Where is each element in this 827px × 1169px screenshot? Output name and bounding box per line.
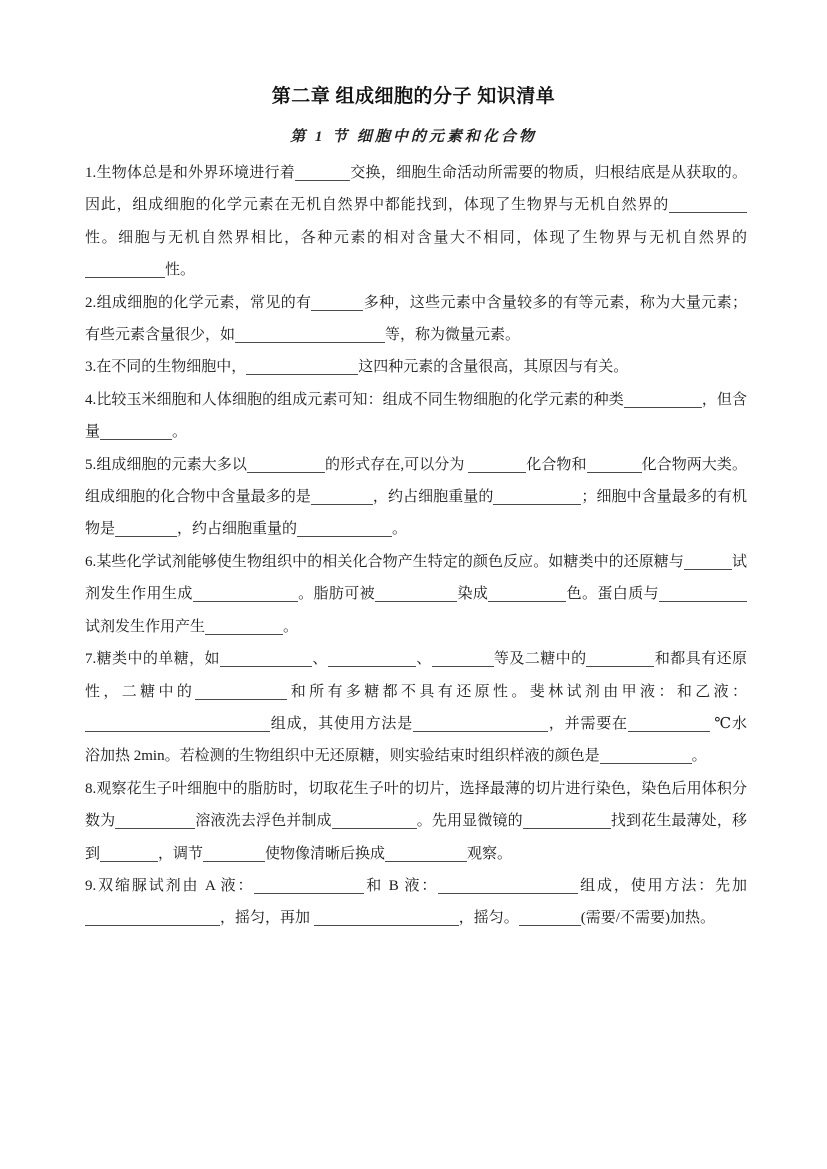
question-4: 4.比较玉米细胞和人体细胞的组成元素可知：组成不同生物细胞的化学元素的种类，但含… (85, 384, 747, 449)
question-text: ，约占细胞重量的 (177, 521, 297, 537)
fill-in-blank (314, 911, 459, 926)
fill-in-blank (519, 911, 581, 926)
question-text: 9.双缩脲试剂由 A 液： (85, 878, 254, 894)
question-text: 性。 (165, 262, 195, 278)
fill-in-blank (413, 717, 548, 732)
fill-in-blank (193, 587, 298, 602)
question-text: 和所有多糖都不具有还原性。斐林试剂由甲液：和乙液： (287, 684, 747, 700)
fill-in-blank (600, 749, 692, 764)
question-text: ，调节 (158, 846, 203, 862)
question-text: 化合物和 (526, 457, 586, 473)
fill-in-blank (115, 814, 195, 829)
fill-in-blank (85, 263, 165, 278)
fill-in-blank (587, 458, 642, 473)
question-text: 的形式存在,可以分为 (325, 457, 468, 473)
fill-in-blank (385, 847, 467, 862)
fill-in-blank (624, 393, 702, 408)
fill-in-blank (235, 328, 385, 343)
question-text: 和 B 液： (364, 878, 438, 894)
question-text: 组成，其使用方法是 (270, 716, 413, 732)
question-1: 1.生物体总是和外界环境进行着交换，细胞生命活动所需要的物质，归根结底是从获取的… (85, 157, 747, 287)
question-text: 、 (416, 651, 432, 667)
fill-in-blank (203, 847, 265, 862)
fill-in-blank (468, 458, 526, 473)
question-text: 等，称为微量元素。 (385, 327, 520, 343)
question-text: 、 (312, 651, 328, 667)
fill-in-blank (195, 685, 287, 700)
fill-in-blank (297, 522, 392, 537)
fill-in-blank (493, 490, 581, 505)
question-7: 7.糖类中的单糖，如、、等及二糖中的和都具有还原性，二糖中的和所有多糖都不具有还… (85, 643, 747, 773)
fill-in-blank (628, 717, 710, 732)
question-text: 。 (392, 521, 407, 537)
fill-in-blank (220, 652, 312, 667)
question-text: 组成，使用方法：先加 (578, 878, 747, 894)
question-text: 。 (283, 619, 298, 635)
question-text: 性。细胞与无机自然界相比，各种元素的相对含量大不相同，体现了生物界与无机自然界的 (85, 230, 747, 246)
question-text: 2.组成细胞的化学元素，常见的有 (85, 295, 311, 311)
fill-in-blank (432, 652, 494, 667)
fill-in-blank (115, 522, 177, 537)
fill-in-blank (332, 814, 417, 829)
worksheet-page: 第二章 组成细胞的分子 知识清单 第 1 节 细胞中的元素和化合物 1.生物体总… (0, 0, 827, 1169)
fill-in-blank (246, 360, 358, 375)
question-2: 2.组成细胞的化学元素，常见的有多种，这些元素中含量较多的有等元素，称为大量元素… (85, 287, 747, 352)
question-text: 7.糖类中的单糖，如 (85, 651, 220, 667)
question-text: ，并需要在 (548, 716, 628, 732)
question-text: 溶液洗去浮色并制成 (195, 813, 331, 829)
question-text: 1.生物体总是和外界环境进行着 (85, 165, 295, 181)
question-text: 6.某些化学试剂能够使生物组织中的相关化合物产生特定的颜色反应。如糖类中的还原糖… (85, 554, 684, 570)
question-text: 染成 (457, 586, 488, 602)
fill-in-blank (684, 555, 732, 570)
question-text: 试剂发生作用产生 (85, 619, 205, 635)
question-9: 9.双缩脲试剂由 A 液：和 B 液：组成，使用方法：先加，摇匀，再加 ，摇匀。… (85, 870, 747, 935)
question-text: ，摇匀。 (459, 910, 519, 926)
questions-container: 1.生物体总是和外界环境进行着交换，细胞生命活动所需要的物质，归根结底是从获取的… (85, 157, 747, 935)
fill-in-blank (247, 458, 325, 473)
fill-in-blank (254, 879, 364, 894)
question-text: 等及二糖中的 (494, 651, 587, 667)
question-text: ，约占细胞重量的 (373, 489, 494, 505)
fill-in-blank (295, 166, 350, 181)
fill-in-blank (85, 911, 220, 926)
question-text: 。 (172, 424, 187, 440)
question-5: 5.组成细胞的元素大多以的形式存在,可以分为 化合物和化合物两大类。组成细胞的化… (85, 449, 747, 546)
question-text: 。脂肪可被 (298, 586, 375, 602)
question-6: 6.某些化学试剂能够使生物组织中的相关化合物产生特定的颜色反应。如糖类中的还原糖… (85, 546, 747, 643)
fill-in-blank (311, 296, 363, 311)
fill-in-blank (669, 198, 747, 213)
chapter-title: 第二章 组成细胞的分子 知识清单 (0, 84, 827, 110)
question-text: 观察。 (467, 846, 512, 862)
question-text: 色。蛋白质与 (566, 586, 659, 602)
question-text: 。 (692, 748, 707, 764)
fill-in-blank (586, 652, 654, 667)
question-text: 5.组成细胞的元素大多以 (85, 457, 247, 473)
fill-in-blank (438, 879, 578, 894)
fill-in-blank (488, 587, 566, 602)
question-text: (需要/不需要)加热。 (581, 910, 715, 926)
fill-in-blank (523, 814, 611, 829)
fill-in-blank (85, 717, 270, 732)
fill-in-blank (328, 652, 416, 667)
fill-in-blank (659, 587, 747, 602)
section-title: 第 1 节 细胞中的元素和化合物 (0, 126, 827, 148)
question-text: 使物像清晰后换成 (265, 846, 385, 862)
fill-in-blank (205, 620, 283, 635)
question-text: 3.在不同的生物细胞中， (85, 359, 246, 375)
question-3: 3.在不同的生物细胞中，这四种元素的含量很高，其原因与有关。 (85, 351, 747, 383)
fill-in-blank (100, 847, 158, 862)
fill-in-blank (100, 425, 172, 440)
question-text: 4.比较玉米细胞和人体细胞的组成元素可知：组成不同生物细胞的化学元素的种类 (85, 392, 624, 408)
question-text: 这四种元素的含量很高，其原因与有关。 (358, 359, 628, 375)
fill-in-blank (375, 587, 457, 602)
question-text: 。先用显微镜的 (417, 813, 523, 829)
question-text: ，摇匀，再加 (220, 910, 314, 926)
fill-in-blank (311, 490, 373, 505)
question-8: 8.观察花生子叶细胞中的脂肪时，切取花生子叶的切片，选择最薄的切片进行染色，染色… (85, 773, 747, 870)
